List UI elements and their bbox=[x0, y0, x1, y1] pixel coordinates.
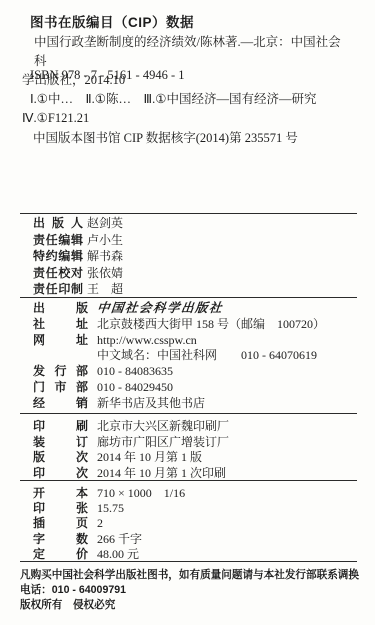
printer-row: 印刷北京市大兴区新魏印刷厂 bbox=[33, 419, 363, 435]
divider-line bbox=[20, 480, 357, 481]
classification-lines: Ⅰ.①中… Ⅱ.①陈… Ⅲ.①中国经济—国有经济—研究 Ⅳ.①F121.21 bbox=[22, 90, 357, 127]
address-row: 社址北京鼓楼西大街甲 158 号（邮编 100720） bbox=[33, 317, 363, 333]
row-value: 新华书店及其他书店 bbox=[97, 396, 205, 410]
row-label: 插页 bbox=[33, 516, 88, 531]
row-value: 48.00 元 bbox=[97, 547, 139, 561]
website-row: 网址http://www.csspw.cn bbox=[33, 333, 363, 349]
row-label: 经销 bbox=[33, 396, 88, 412]
row-label: 出版人 bbox=[33, 215, 83, 232]
distribution-dept-row: 发行部010 - 84083635 bbox=[33, 364, 363, 380]
quality-notice-line: 凡购买中国社会科学出版社图书，如有质量问题请与本社发行部联系调换 bbox=[20, 568, 360, 583]
copyright-notice-line: 版权所有 侵权必究 bbox=[20, 598, 360, 613]
contributing-editor-row: 特约编辑解书森 bbox=[33, 248, 363, 265]
row-value: 卢小生 bbox=[87, 233, 123, 247]
row-value: 廊坊市广阳区广增装订厂 bbox=[97, 435, 229, 449]
row-label: 社址 bbox=[33, 317, 88, 333]
footer-notice-block: 凡购买中国社会科学出版社图书，如有质量问题请与本社发行部联系调换 电话：010 … bbox=[20, 568, 360, 613]
row-value: 王 超 bbox=[87, 282, 123, 296]
row-label: 门市部 bbox=[33, 380, 88, 396]
classification-line: Ⅳ.①F121.21 bbox=[22, 109, 357, 128]
row-value: 710 × 1000 1/16 bbox=[97, 486, 185, 500]
row-value: 2014 年 10 月第 1 版 bbox=[97, 450, 202, 464]
cip-description-line: 中国行政垄断制度的经济绩效/陈林著.—北京：中国社会科 bbox=[34, 33, 352, 71]
row-value: 北京鼓楼西大街甲 158 号（邮编 100720） bbox=[97, 317, 325, 331]
row-value: 15.75 bbox=[97, 501, 124, 515]
row-value: 010 - 84083635 bbox=[97, 364, 173, 378]
proofreader-row: 责任校对张依婧 bbox=[33, 265, 363, 282]
row-value: 2 bbox=[97, 516, 103, 530]
staff-credits-block: 出版人赵剑英 责任编辑卢小生 特约编辑解书森 责任校对张依婧 责任印制王 超 bbox=[33, 215, 363, 298]
edition-row: 版次2014 年 10 月第 1 版 bbox=[33, 450, 363, 466]
divider-line bbox=[20, 413, 357, 414]
row-value: 266 千字 bbox=[97, 532, 142, 546]
price-row: 定价48.00 元 bbox=[33, 547, 363, 562]
row-value: 赵剑英 bbox=[87, 216, 123, 230]
row-label: 发行部 bbox=[33, 364, 88, 380]
row-label: 印张 bbox=[33, 501, 88, 516]
inserts-row: 插页2 bbox=[33, 516, 363, 531]
domain-row: 中文域名：中国社科网 010 - 64070619 bbox=[33, 348, 363, 364]
cip-header: 图书在版编目（CIP）数据 bbox=[30, 11, 194, 31]
service-phone-line: 电话：010 - 64009791 bbox=[20, 583, 360, 598]
cip-record-number: 中国版本图书馆 CIP 数据核字(2014)第 235571 号 bbox=[33, 128, 298, 146]
publisher-person-row: 出版人赵剑英 bbox=[33, 215, 363, 232]
row-label: 版次 bbox=[33, 450, 88, 466]
row-value: 中文域名：中国社科网 010 - 64070619 bbox=[97, 348, 317, 362]
row-value: 张依婧 bbox=[87, 266, 123, 280]
publisher-row: 出版中国社会科学出版社 bbox=[33, 301, 363, 317]
classification-line: Ⅰ.①中… Ⅱ.①陈… Ⅲ.①中国经济—国有经济—研究 bbox=[30, 90, 357, 109]
publishing-info-block: 出版中国社会科学出版社 社址北京鼓楼西大街甲 158 号（邮编 100720） … bbox=[33, 301, 363, 412]
publisher-script-logo: 中国社会科学出版社 bbox=[96, 301, 224, 317]
row-value: 010 - 84029450 bbox=[97, 380, 173, 394]
row-label: 装订 bbox=[33, 435, 88, 451]
row-label: 印次 bbox=[33, 466, 88, 482]
managing-editor-row: 责任编辑卢小生 bbox=[33, 232, 363, 249]
row-label: 出版 bbox=[33, 301, 88, 317]
sheets-row: 印张15.75 bbox=[33, 501, 363, 516]
row-label: 印刷 bbox=[33, 419, 88, 435]
copyright-page: 图书在版编目（CIP）数据 中国行政垄断制度的经济绩效/陈林著.—北京：中国社会… bbox=[0, 0, 375, 625]
word-count-row: 字数266 千字 bbox=[33, 532, 363, 547]
row-label: 字数 bbox=[33, 532, 88, 547]
row-label: 责任编辑 bbox=[33, 232, 83, 249]
divider-line bbox=[20, 213, 357, 214]
row-label: 定价 bbox=[33, 547, 88, 562]
printing-info-block: 印刷北京市大兴区新魏印刷厂 装订廊坊市广阳区广增装订厂 版次2014 年 10 … bbox=[33, 419, 363, 481]
binder-row: 装订廊坊市广阳区广增装订厂 bbox=[33, 435, 363, 451]
row-value: http://www.csspw.cn bbox=[97, 333, 197, 347]
row-label: 网址 bbox=[33, 333, 88, 349]
divider-line bbox=[20, 561, 357, 562]
distributor-row: 经销新华书店及其他书店 bbox=[33, 396, 363, 412]
row-label: 责任校对 bbox=[33, 265, 83, 282]
row-label: 责任印制 bbox=[33, 281, 83, 298]
row-value: 2014 年 10 月第 1 次印刷 bbox=[97, 466, 226, 480]
row-label: 特约编辑 bbox=[33, 248, 83, 265]
divider-line bbox=[20, 297, 357, 298]
format-row: 开本710 × 1000 1/16 bbox=[33, 486, 363, 501]
row-value: 解书森 bbox=[87, 249, 123, 263]
row-value: 北京市大兴区新魏印刷厂 bbox=[97, 419, 229, 433]
isbn-line: ISBN 978 - 7 - 5161 - 4946 - 1 bbox=[30, 68, 185, 83]
row-label: 开本 bbox=[33, 486, 88, 501]
sales-dept-row: 门市部010 - 84029450 bbox=[33, 380, 363, 396]
impression-row: 印次2014 年 10 月第 1 次印刷 bbox=[33, 466, 363, 482]
print-supervisor-row: 责任印制王 超 bbox=[33, 281, 363, 298]
format-info-block: 开本710 × 1000 1/16 印张15.75 插页2 字数266 千字 定… bbox=[33, 486, 363, 562]
